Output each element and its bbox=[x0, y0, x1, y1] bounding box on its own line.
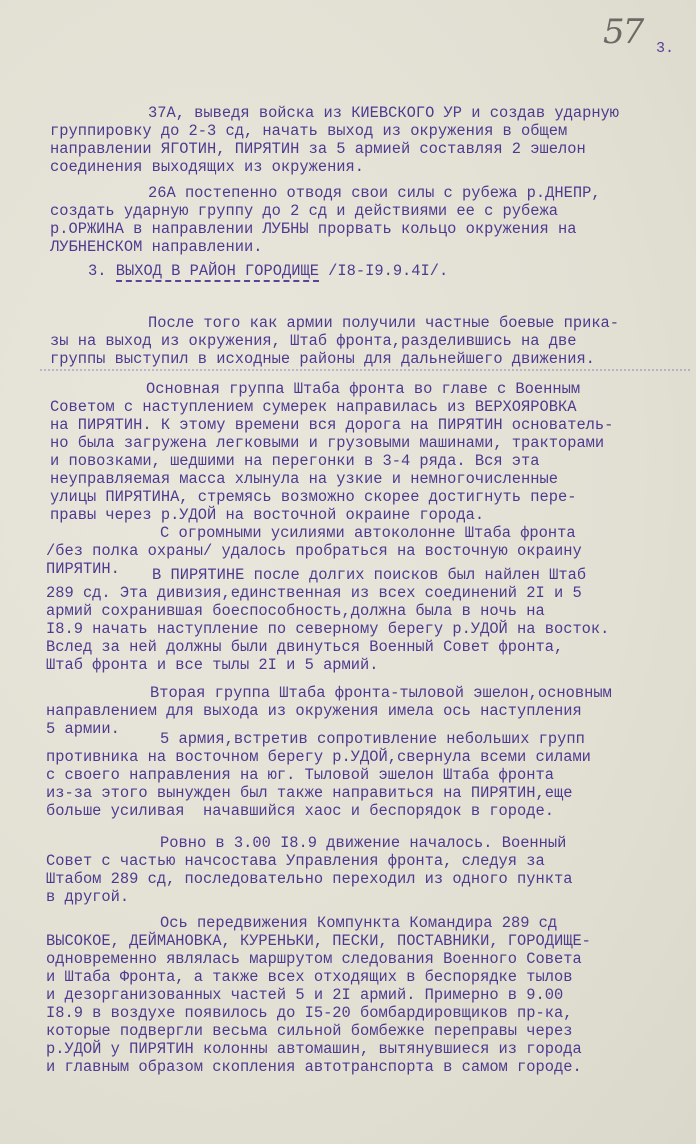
text-line: С огромными усилиями автоколонне Штаба ф… bbox=[160, 524, 576, 542]
text-line: улицы ПИРЯТИНА, стремясь возможно скорее… bbox=[50, 488, 576, 506]
section-dates: /I8-I9.9.4I/. bbox=[319, 262, 448, 280]
text-line: ПИРЯТИН. bbox=[46, 560, 120, 578]
text-line: ЛУБНЕНСКОМ направлении. bbox=[50, 238, 262, 256]
text-line: Совет с частью начсостава Управления фро… bbox=[46, 852, 545, 870]
text-line: р.УДОЙ у ПИРЯТИН колонны автомашин, вытя… bbox=[46, 1040, 582, 1058]
text-line: и дезорганизованных частей 5 и 2I армий.… bbox=[46, 986, 563, 1004]
text-line: 37А, выведя войска из КИЕВСКОГО УР и соз… bbox=[148, 104, 619, 122]
text-line: правы через р.УДОЙ на восточной окраине … bbox=[50, 506, 484, 524]
text-line: р.ОРЖИНА в направлении ЛУБНЫ прорвать ко… bbox=[50, 220, 576, 238]
section-heading: 3. ВЫХОД В РАЙОН ГОРОДИЩЕ /I8-I9.9.4I/. bbox=[88, 262, 448, 280]
text-line: в другой. bbox=[46, 888, 129, 906]
text-line: больше усиливая начавшийся хаос и беспор… bbox=[46, 802, 554, 820]
text-line: Основная группа Штаба фронта во главе с … bbox=[146, 380, 580, 398]
text-line: которые подвергли весьма сильной бомбежк… bbox=[46, 1022, 572, 1040]
text-line: направлением для выхода из окружения име… bbox=[46, 702, 582, 720]
text-line: 26А постепенно отводя свои силы с рубежа… bbox=[148, 184, 601, 202]
text-line: зы на выход из окружения, Штаб фронта,ра… bbox=[50, 332, 576, 350]
text-line: неуправляемая масса хлынула на узкие и н… bbox=[50, 470, 558, 488]
text-line: /без полка охраны/ удалось пробраться на… bbox=[46, 542, 582, 560]
text-line: Штаб фронта и все тылы 2I и 5 армий. bbox=[46, 656, 379, 674]
text-line: направлении ЯГОТИН, ПИРЯТИН за 5 армией … bbox=[50, 140, 586, 158]
text-line: Ровно в 3.00 I8.9 движение началось. Вое… bbox=[160, 834, 566, 852]
text-line: и главным образом скопления автотранспор… bbox=[46, 1058, 582, 1076]
text-line: создать ударную группу до 2 сд и действи… bbox=[50, 202, 558, 220]
text-line: но была загружена легковыми и грузовыми … bbox=[50, 434, 604, 452]
text-line: армий сохранившая боеспособность,должна … bbox=[46, 602, 545, 620]
typed-text-body: 3. ВЫХОД В РАЙОН ГОРОДИЩЕ /I8-I9.9.4I/. … bbox=[0, 0, 700, 54]
text-line: Вторая группа Штаба фронта-тыловой эшело… bbox=[150, 684, 612, 702]
section-number: 3. bbox=[88, 262, 106, 280]
text-line: Вслед за ней должны были двинуться Военн… bbox=[46, 638, 563, 656]
text-line: с своего направления на юг. Тыловой эшел… bbox=[46, 766, 554, 784]
text-line: В ПИРЯТИНЕ после долгих поисков был найл… bbox=[152, 566, 586, 584]
page-edge bbox=[696, 0, 700, 1144]
dotted-separator bbox=[40, 366, 690, 371]
text-line: соединения выходящих из окружения. bbox=[50, 158, 364, 176]
text-line: и Штаба Фронта, а также всех отходящих в… bbox=[46, 968, 572, 986]
text-line: противника на восточном берегу р.УДОЙ,св… bbox=[46, 748, 591, 766]
text-line: 5 армия,встретив сопротивление небольших… bbox=[160, 730, 585, 748]
text-line: из-за этого вынужден был также направить… bbox=[46, 784, 572, 802]
document-page: 57 3. 3. ВЫХОД В РАЙОН ГОРОДИЩЕ /I8-I9.9… bbox=[0, 0, 700, 1144]
text-line: на ПИРЯТИН. К этому времени вся дорога н… bbox=[50, 416, 613, 434]
text-line: I8.9 в воздухе появилось до I5-20 бомбар… bbox=[46, 1004, 572, 1022]
text-line: После того как армии получили частные бо… bbox=[148, 314, 619, 332]
text-line: Штабом 289 сд, последовательно переходил… bbox=[46, 870, 572, 888]
text-line: Советом с наступлением сумерек направила… bbox=[50, 398, 576, 416]
text-line: группировку до 2-3 сд, начать выход из о… bbox=[50, 122, 567, 140]
text-line: ВЫСОКОЕ, ДЕЙМАНОВКА, КУРЕНЬКИ, ПЕСКИ, ПО… bbox=[46, 932, 591, 950]
text-line: I8.9 начать наступление по северному бер… bbox=[46, 620, 609, 638]
text-line: одновременно являлась маршрутом следован… bbox=[46, 950, 582, 968]
text-line: Ось передвижения Компункта Командира 289… bbox=[160, 914, 557, 932]
text-line: и повозками, шедшими на перегонки в 3-4 … bbox=[50, 452, 540, 470]
section-title: ВЫХОД В РАЙОН ГОРОДИЩЕ bbox=[116, 262, 319, 282]
text-line: 5 армии. bbox=[46, 720, 120, 738]
text-line: 289 сд. Эта дивизия,единственная из всех… bbox=[46, 584, 582, 602]
